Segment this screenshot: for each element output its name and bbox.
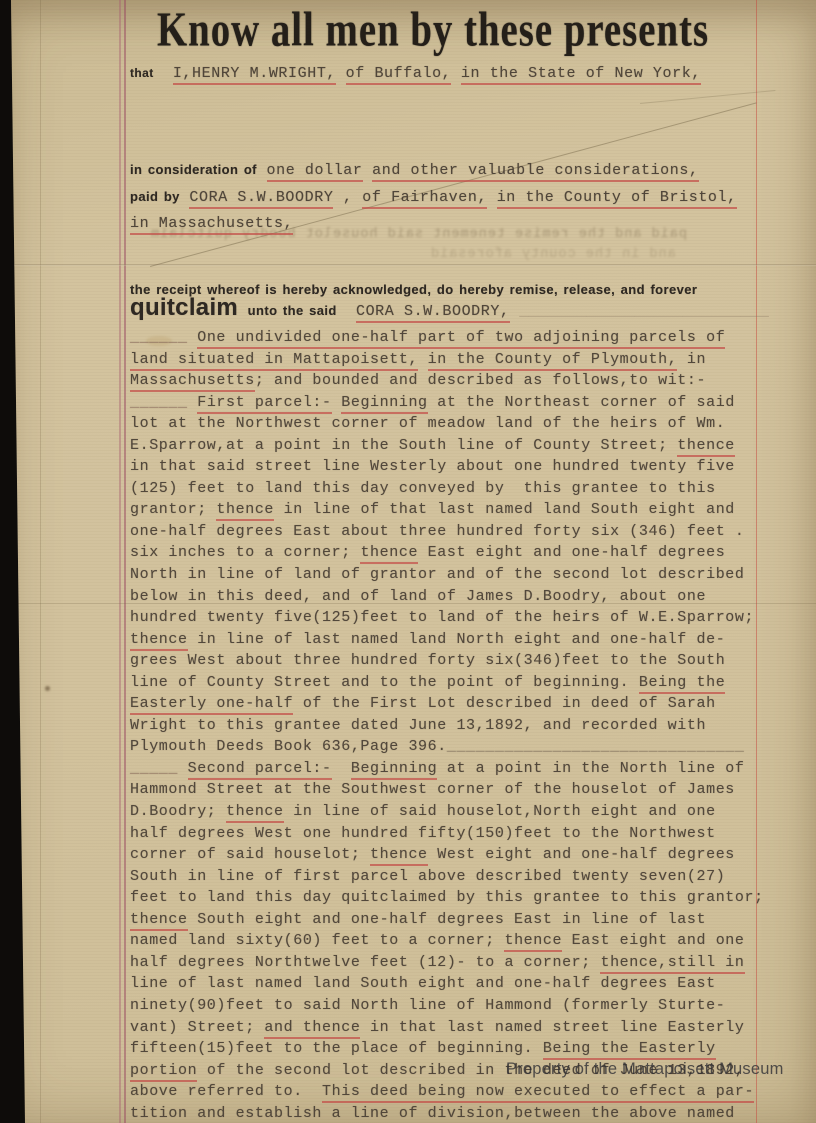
typed-text: one dollar [267,162,363,182]
typed-text [487,189,497,206]
printed-form-text: quitclaim [130,294,238,321]
typed-text [257,162,267,179]
diagonal-crease [150,102,757,267]
typed-line: Easterly one-half of the First Lot descr… [130,693,764,715]
typed-text: and other valuable considerations, [372,162,698,182]
typed-text: I,HENRY M.WRIGHT, [173,65,336,85]
typed-line: six inches to a corner; thence East eigh… [130,542,764,564]
typed-text [363,162,373,179]
grantor-line: that I,HENRY M.WRIGHT, of Buffalo, in th… [130,64,701,82]
typed-line: lot at the Northwest corner of meadow la… [130,413,764,435]
left-margin-line-outer [119,0,121,1123]
typed-text: of Buffalo, [346,65,452,85]
ghost-text: and in the county aforesaid [430,247,676,262]
typed-line: thence South eight and one-half degrees … [130,909,764,931]
ink-stain [45,686,50,691]
typed-line: fifteen(15)feet to the place of beginnin… [130,1038,764,1060]
printed-form-text: in consideration of [130,162,257,177]
museum-watermark: Property of the Mattapoisett Museum [506,1060,784,1079]
typed-text [180,189,190,206]
typed-line: grantor; thence in line of that last nam… [130,499,764,521]
typed-text [336,65,346,82]
typed-line: feet to land this day quitclaimed by thi… [130,887,764,909]
typed-text: in Massachusetts, [130,215,293,235]
typed-text [510,303,520,320]
deed-body: ______ One undivided one-half part of tw… [130,327,764,1123]
typed-line: named land sixty(60) feet to a corner; t… [130,930,764,952]
typed-text: CORA S.W.BOODRY, [356,303,510,323]
typed-line: in that said street line Westerly about … [130,456,764,478]
printed-form-text: paid by [130,189,180,204]
typed-text: of Fairhaven, [362,189,487,209]
grantee-line: paid by CORA S.W.BOODRY , of Fairhaven, … [130,188,737,206]
typed-line: D.Boodry; thence in line of said houselo… [130,801,764,823]
horizontal-fold-crease-upper [11,264,816,266]
document-title: Know all men by these presents [157,2,709,58]
typed-text [337,303,356,320]
typed-line: thence in line of last named land North … [130,629,764,651]
printed-form-text: unto the said [248,303,337,318]
typed-text [451,65,461,82]
typed-text [154,65,173,82]
typed-line: Plymouth Deeds Book 636,Page 396._______… [130,736,764,758]
typed-line: ninety(90)feet to said North line of Ham… [130,995,764,1017]
typed-line: land situated in Mattapoisett, in the Co… [130,349,764,371]
typed-line: Hammond Street at the Southwest corner o… [130,779,764,801]
typed-line: ______ One undivided one-half part of tw… [130,327,764,349]
typed-line: one-half degrees East about three hundre… [130,521,764,543]
consideration-line: in consideration of one dollar and other… [130,161,699,179]
typed-line: grees West about three hundred forty six… [130,650,764,672]
typed-line: half degrees West one hundred fifty(150)… [130,823,764,845]
grantee-state-line: in Massachusetts, [130,214,293,232]
typed-line: South in line of first parcel above desc… [130,866,764,888]
left-margin-line-inner [124,0,126,1123]
typed-text: , [333,189,362,206]
typed-text [238,303,248,320]
typed-line: above referred to. This deed being now e… [130,1081,764,1103]
typed-line: vant) Street; and thence in that last na… [130,1017,764,1039]
typed-line: _____ Second parcel:- Beginning at a poi… [130,758,764,780]
typed-line: Massachusetts; and bounded and described… [130,370,764,392]
typed-text: in the State of New York, [461,65,701,85]
scanned-deed-page: { "document_type": "quitclaim deed (type… [0,0,816,1123]
printed-form-text: that [130,66,154,80]
typed-line: line of County Street and to the point o… [130,672,764,694]
typed-line: hundred twenty five(125)feet to land of … [130,607,764,629]
typed-text: __________________________ [519,302,769,320]
typed-text: CORA S.W.BOODRY [189,189,333,209]
typed-line: E.Sparrow,at a point in the South line o… [130,435,764,457]
typed-line: North in line of land of grantor and of … [130,564,764,586]
typed-line: ______ First parcel:- Beginning at the N… [130,392,764,414]
typed-line: half degrees Northtwelve feet (12)- to a… [130,952,764,974]
typed-line: Wright to this grantee dated June 13,189… [130,715,764,737]
typed-line: tition and establish a line of division,… [130,1103,764,1123]
typed-line: (125) feet to land this day conveyed by … [130,478,764,500]
vertical-fold-crease [40,0,41,1123]
paper-sheet: paid and the remise tenement said housel… [0,0,816,1123]
typed-line: below in this deed, and of land of James… [130,586,764,608]
quitclaim-line: quitclaim unto the said CORA S.W.BOODRY,… [130,294,769,322]
typed-line: line of last named land South eight and … [130,973,764,995]
typed-line: corner of said houselot; thence West eig… [130,844,764,866]
typed-text: in the County of Bristol, [497,189,737,209]
